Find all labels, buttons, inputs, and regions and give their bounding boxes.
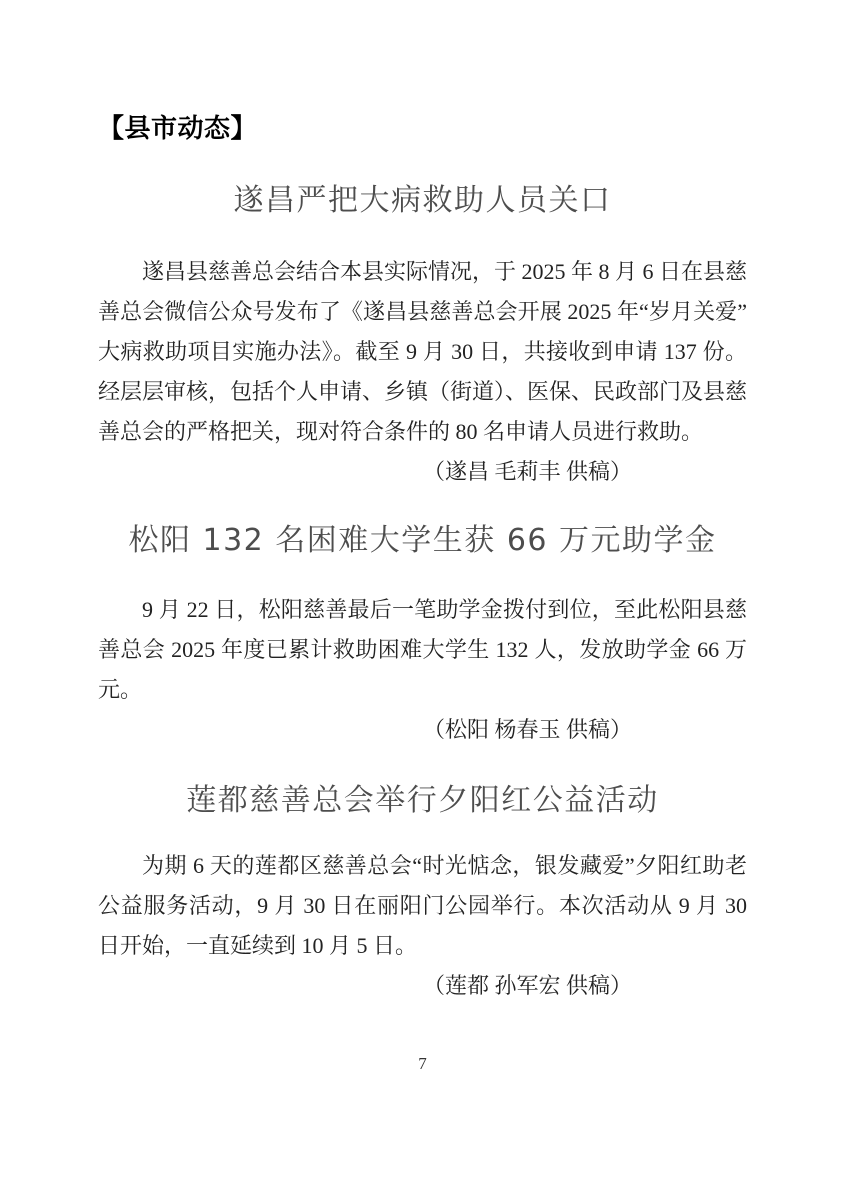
- article-body: 9 月 22 日，松阳慈善最后一笔助学金拨付到位，至此松阳县慈善总会 2025 …: [98, 590, 747, 710]
- article-byline: （遂昌 毛莉丰 供稿）: [98, 452, 747, 492]
- article-liandu: 莲都慈善总会举行夕阳红公益活动 为期 6 天的莲都区慈善总会“时光惦念，银发藏爱…: [98, 778, 747, 1006]
- article-suichang: 遂昌严把大病救助人员关口 遂昌县慈善总会结合本县实际情况，于 2025 年 8 …: [98, 178, 747, 492]
- page-footer: 7: [98, 1054, 747, 1074]
- section-header: 【县市动态】: [98, 110, 747, 148]
- article-body: 为期 6 天的莲都区慈善总会“时光惦念，银发藏爱”夕阳红助老公益服务活动，9 月…: [98, 846, 747, 966]
- article-songyang: 松阳 132 名困难大学生获 66 万元助学金 9 月 22 日，松阳慈善最后一…: [98, 518, 747, 750]
- article-byline: （松阳 杨春玉 供稿）: [98, 710, 747, 750]
- article-title: 莲都慈善总会举行夕阳红公益活动: [98, 778, 747, 824]
- article-title: 松阳 132 名困难大学生获 66 万元助学金: [98, 518, 747, 564]
- page-number: 7: [418, 1054, 427, 1073]
- article-byline: （莲都 孙军宏 供稿）: [98, 966, 747, 1006]
- article-body: 遂昌县慈善总会结合本县实际情况，于 2025 年 8 月 6 日在县慈善总会微信…: [98, 252, 747, 452]
- document-page: 【县市动态】 遂昌严把大病救助人员关口 遂昌县慈善总会结合本县实际情况，于 20…: [0, 0, 849, 1200]
- article-title: 遂昌严把大病救助人员关口: [98, 178, 747, 224]
